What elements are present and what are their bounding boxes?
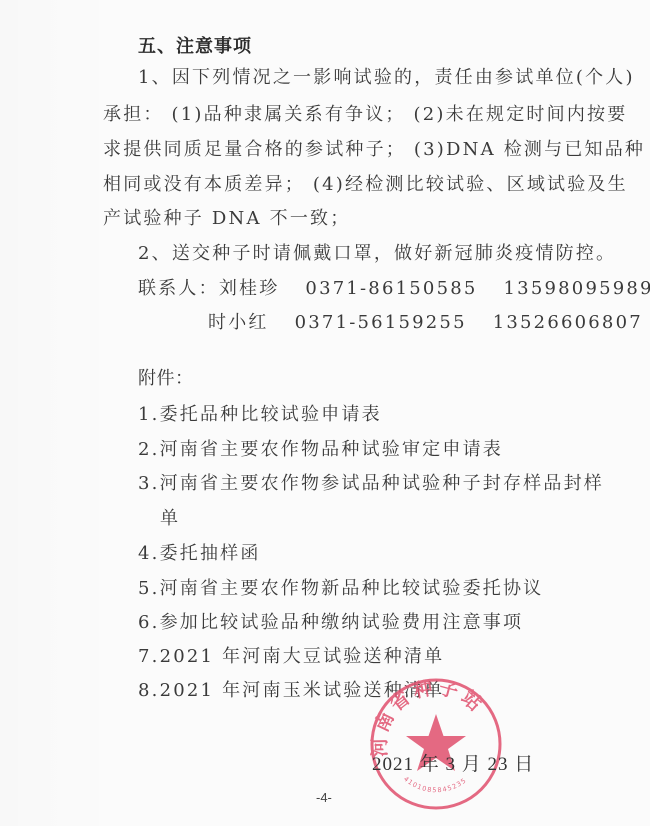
attachment-item: 1.委托品种比较试验申请表 bbox=[138, 404, 382, 426]
stamp-code: 4101085845235 bbox=[402, 775, 468, 794]
contact-row-2: 时小红0371-5615925513526606807 bbox=[208, 312, 643, 334]
attachments-label: 附件： bbox=[138, 368, 194, 390]
note-1-line-1: 1、因下列情况之一影响试验的，责任由参试单位(个人) bbox=[138, 67, 635, 89]
contact-label: 联系人： bbox=[138, 278, 219, 299]
attachment-item: 4.委托抽样函 bbox=[138, 543, 261, 565]
attachment-item: 7.2021 年河南大豆试验送种清单 bbox=[138, 646, 444, 668]
contact-mobile: 13598095989 bbox=[504, 278, 650, 299]
note-1-line-2: 承担： (1)品种隶属关系有争议； (2)未在规定时间内按要 bbox=[103, 104, 627, 126]
official-seal-stamp: 河南省种子站 4101085845235 bbox=[368, 676, 504, 812]
attachment-item-continuation: 单 bbox=[160, 508, 180, 530]
contact-phone: 0371-56159255 bbox=[295, 312, 467, 333]
contact-row-1: 联系人：刘桂珍0371-8615058513598095989 bbox=[138, 278, 650, 300]
contact-mobile: 13526606807 bbox=[493, 312, 643, 333]
note-2: 2、送交种子时请佩戴口罩，做好新冠肺炎疫情防控。 bbox=[138, 243, 616, 265]
document-page: 五、注意事项 1、因下列情况之一影响试验的，责任由参试单位(个人) 承担： (1… bbox=[0, 0, 650, 826]
attachment-item: 3.河南省主要农作物参试品种试验种子封存样品封样 bbox=[138, 473, 604, 495]
contact-name: 时小红 bbox=[208, 312, 269, 333]
attachment-item: 6.参加比较试验品种缴纳试验费用注意事项 bbox=[138, 612, 523, 634]
contact-name: 刘桂珍 bbox=[219, 278, 280, 299]
attachment-item: 5.河南省主要农作物新品种比较试验委托协议 bbox=[138, 578, 543, 600]
note-1-line-3: 求提供同质足量合格的参试种子； (3)DNA 检测与已知品种 bbox=[103, 139, 645, 161]
section-heading: 五、注意事项 bbox=[138, 32, 252, 58]
contact-phone: 0371-86150585 bbox=[305, 278, 477, 299]
note-1-line-5: 产试验种子 DNA 不一致； bbox=[103, 208, 350, 230]
page-number: -4- bbox=[316, 790, 332, 805]
note-1-line-4: 相同或没有本质差异； (4)经检测比较试验、区域试验及生 bbox=[103, 174, 628, 196]
svg-text:4101085845235: 4101085845235 bbox=[402, 775, 468, 794]
document-date: 2021 年 3 月 23 日 bbox=[372, 749, 534, 776]
attachment-item: 2.河南省主要农作物品种试验审定申请表 bbox=[138, 439, 503, 461]
